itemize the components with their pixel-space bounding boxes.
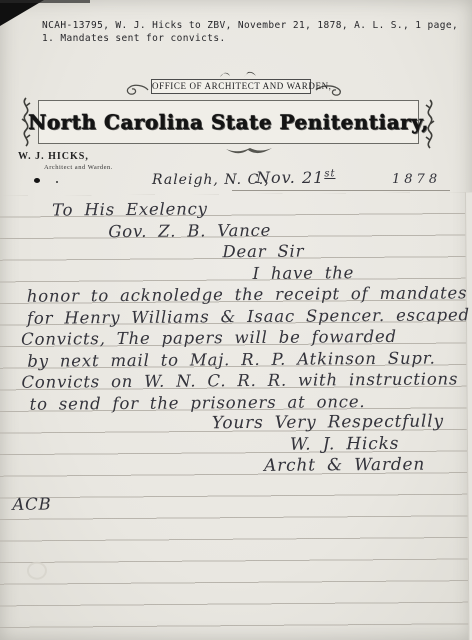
greeting-line: Dear Sir [222, 243, 304, 261]
catalog-caption-line2: 1. Mandates sent for convicts. [42, 33, 226, 44]
leaf-ornament-icon [216, 69, 264, 79]
dateline-ordinal: st [324, 169, 335, 180]
center-wing-ornament-icon [224, 145, 274, 157]
signature-title: Archt & Warden [264, 457, 425, 475]
scanned-letter-page: NCAH-13795, W. J. Hicks to ZBV, November… [0, 0, 472, 640]
closing-line: Yours Very Respectfully [212, 413, 444, 432]
dateline-month-day: Nov. 21 [256, 168, 324, 187]
dateline-place: Raleigh, N. C., [152, 172, 270, 188]
dateline-year: 1878 [392, 172, 441, 187]
office-line-box: OFFICE OF ARCHITECT AND WARDEN, [151, 79, 311, 94]
body-line-5: by next mail to Maj. R. P. Atkinson Supr… [27, 350, 435, 370]
dateline-rule [232, 190, 450, 191]
body-line-4: Convicts, The papers will be fowarded [21, 328, 397, 348]
flourish-swirl-left-icon [122, 83, 150, 97]
salutation-line: To His Exelency [52, 200, 208, 218]
dateline-date: Nov. 21st [256, 168, 335, 187]
paper-stain-icon [27, 562, 47, 580]
docket-initials: ACB [12, 496, 51, 513]
body-line-6: Convicts on W. N. C. R. R. with instruct… [21, 370, 458, 390]
institution-title-box: North Carolina State Penitentiary, [38, 100, 419, 144]
catalog-caption-line1: NCAH-13795, W. J. Hicks to ZBV, November… [42, 20, 458, 31]
office-line-text: OFFICE OF ARCHITECT AND WARDEN, [152, 81, 332, 91]
scan-corner-artifact [0, 0, 44, 26]
body-line-7: to send for the prisoners at once. [30, 393, 366, 413]
dateline: Raleigh, N. C., Nov. 21st 1878 [0, 168, 472, 194]
body-line-2: honor to acknoledge the receipt of manda… [27, 284, 468, 304]
addressee-line: Gov. Z. B. Vance [108, 222, 271, 240]
official-name: W. J. HICKS, [18, 151, 89, 162]
ruled-writing-area: To His Exelency Gov. Z. B. Vance Dear Si… [0, 192, 472, 640]
signature-name: W. J. Hicks [290, 436, 399, 454]
catalog-caption: NCAH-13795, W. J. Hicks to ZBV, November… [42, 19, 458, 45]
body-line-3: for Henry Williams & Isaac Spencer. esca… [27, 306, 470, 326]
scan-edge-smudge [0, 0, 90, 3]
body-line-1: I have the [253, 264, 355, 282]
institution-title: North Carolina State Penitentiary, [28, 110, 429, 134]
paper-right-edge [465, 192, 472, 640]
